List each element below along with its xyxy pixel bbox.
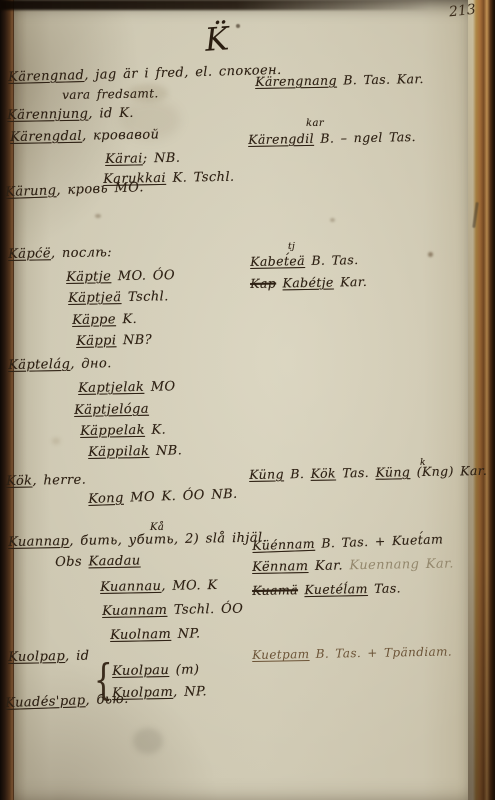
dialect-kabetjea: Kabet́eä B. Tas. <box>250 252 359 269</box>
gloss-text: vara fredsamt. <box>62 86 159 102</box>
subform-kuolnam: Kuolnam NP. <box>110 626 201 643</box>
entry-kapce: Käpćë, послѣ: <box>8 245 112 262</box>
entry-karengdal: Kärengdal, кровавой <box>10 127 159 145</box>
gloss-text: , NP. <box>173 684 207 700</box>
subform-kuannau: Kuannau, MO. K <box>100 578 218 595</box>
gloss-text: , дно. <box>70 356 112 372</box>
gloss-text: , бить, убить, 2) slå ihjäl. <box>69 530 267 548</box>
dialect-kuetpam: Kuetpam B. Tas. + Tpändiam. <box>252 645 452 662</box>
subform-kappe: Käppe K. <box>72 312 137 328</box>
subform-kappilak: Käppilak NB. <box>88 443 182 460</box>
headword: Kuannap <box>8 534 69 550</box>
struck-word: Kap <box>250 276 276 291</box>
entry-kuannap: Kuannap, бить, убить, 2) slå ihjäl. <box>8 530 267 550</box>
subform-kaptje: Käptje MO. ÓO <box>66 268 175 285</box>
gloss-text: (Kng) Kar. <box>410 463 487 479</box>
headword: Kuadés'pap <box>5 693 86 711</box>
dialect-karengdil: Kärengdil B. – ngel Tas. <box>248 129 416 147</box>
gloss-text: Obs <box>55 554 89 570</box>
gloss-text: (m) <box>169 662 199 678</box>
headword: Kök <box>6 474 33 489</box>
headword: Kaadau <box>88 554 140 570</box>
manuscript-photo: 213 K̈ Kärengnad, jag är i fred, el. спо… <box>0 0 495 800</box>
headword: Käptelág <box>8 357 70 373</box>
superscript-tj: tj <box>288 242 295 252</box>
headword: Kärengnad <box>8 68 84 85</box>
gloss-text: K. <box>116 312 137 327</box>
headword: Küng <box>249 466 284 482</box>
gloss-text: , herre. <box>32 473 86 489</box>
entry-kuolpap: Kuolpap, id <box>8 649 90 665</box>
subform-kong: Kong MO K. ÓO NB. <box>88 487 238 507</box>
headword: Kong <box>88 491 124 507</box>
headword: Kuannau <box>100 579 161 595</box>
headword: Kaptjelak <box>78 380 144 396</box>
entry-kok: Kök, herre. <box>6 473 86 489</box>
gloss-text: Tas. <box>368 580 401 596</box>
gloss-text: MO K. ÓO NB. <box>123 487 237 506</box>
entry-kuadespap: Kuadés'pap, бью. <box>5 692 129 711</box>
dialect-kennam: Kënnam Kar. Kuennang Kar. <box>252 556 454 575</box>
headword: Käppilak <box>88 444 150 460</box>
headword: Käpćë <box>8 246 51 262</box>
gloss-text: , id <box>65 649 90 664</box>
headword: Kënnam <box>252 559 309 575</box>
headword: Käptjeä <box>68 290 122 306</box>
gloss-text: B. – ngel Tas. <box>314 129 416 146</box>
headword: Kärengdil <box>248 131 314 147</box>
dialect-kung: Küng B. Kök Tas. Küng (Kng) Kar. <box>249 463 487 482</box>
headword: Kuolpau <box>112 663 169 679</box>
gloss-text: MO <box>144 379 176 395</box>
subform-karai: Kärai; NB. <box>105 151 180 167</box>
entry-kaptelag: Käptelág, дно. <box>8 356 112 373</box>
headword: Käptjelóga <box>74 402 149 418</box>
gloss-text: , бью. <box>85 692 129 709</box>
gloss-text: K. Tschl. <box>166 170 235 186</box>
headword: Küénnam <box>252 536 315 553</box>
headword: Kök <box>310 465 336 480</box>
gloss-text: Kar. <box>334 274 368 290</box>
subform-kaptjelak: Kaptjelak MO <box>78 379 176 396</box>
gloss-text: B. Tas. Kar. <box>337 71 424 88</box>
dialect-kuetelam: Kuamä Kuetéĺam Tas. <box>252 580 401 598</box>
gloss-text: kar <box>306 118 324 129</box>
gloss-text: Tschl. <box>121 289 169 305</box>
headword: Kärengnang <box>255 73 337 89</box>
headword: Küng <box>375 464 410 480</box>
headword: Kabet́eä <box>250 253 305 269</box>
gloss-text: , послѣ: <box>51 245 112 261</box>
gloss-text: NB? <box>116 333 152 349</box>
manuscript-text-layer: Kärengnad, jag är i fred, el. спокоен.va… <box>0 0 495 800</box>
entry-karung: Kärung, кровь МО. <box>5 180 144 200</box>
entry-karengnad: Kärengnad, jag är i fred, el. спокоен. <box>8 63 282 85</box>
gloss-text: Tschl. ÓO <box>167 602 243 618</box>
entry-karengnad-line2: vara fredsamt. <box>62 86 159 102</box>
entry-kuannap-line2: Obs Kaadau <box>55 554 141 570</box>
gloss-text: NB. <box>149 443 182 459</box>
gloss-text: K. <box>145 422 166 437</box>
headword: Kärai <box>105 151 143 167</box>
subform-kappelak: Käppelak K. <box>80 422 166 438</box>
gloss-text: Kar. <box>308 558 349 574</box>
struck-word: Kuamä <box>252 582 298 598</box>
gloss-text: B. Tas. + Kuet́am <box>315 531 444 550</box>
headword: Kabétje <box>282 275 334 291</box>
gloss-text: Tas. <box>336 465 376 481</box>
headword: Käppelak <box>80 423 145 439</box>
gloss-text: , id K. <box>88 106 134 122</box>
headword: Kärengdal <box>10 129 82 145</box>
dialect-karengnang: Kärengnang B. Tas. Kar. <box>255 71 424 89</box>
gloss-text: MO. ÓO <box>111 268 175 284</box>
headword: Kärung <box>5 183 57 200</box>
gloss-text: ; NB. <box>143 151 181 167</box>
gloss-text: , MO. K <box>161 578 218 594</box>
headword: Kuetpam <box>252 647 310 662</box>
entry-karennjung: Kärennjung, id K. <box>7 106 134 123</box>
gloss-text: , jag är i fred, el. спокоен. <box>84 63 282 83</box>
subform-kuolpau: Kuolpau (m) <box>112 662 199 679</box>
headword: Käptje <box>66 269 111 285</box>
subform-kaptjea: Käptjeä Tschl. <box>68 289 169 306</box>
headword: Käppe <box>72 312 116 328</box>
dialect-kuennam: Küénnam B. Tas. + Kuet́am <box>252 531 444 553</box>
gloss-text: NP. <box>171 626 201 642</box>
gloss-text: , кровь МО. <box>56 180 144 198</box>
gloss-text: tj <box>288 242 295 252</box>
gloss-text: B. Tas. + Tpändiam. <box>309 645 452 661</box>
headword: Kuetéĺam <box>304 581 368 597</box>
subform-kaptjeloga: Käptjelóga <box>74 402 149 418</box>
gloss-text: , кровавой <box>82 127 160 143</box>
gloss-text: B. Tas. <box>305 252 359 268</box>
headword: Kärennjung <box>7 107 88 123</box>
dialect-kabetje: Kap Kabétje Kar. <box>250 274 367 291</box>
gloss-text: Kuennang Kar. <box>349 556 454 573</box>
subform-kuannam: Kuannam Tschl. ÓO <box>102 602 243 619</box>
headword: Käppi <box>76 333 117 349</box>
subform-kappi: Käppi NB? <box>76 333 152 349</box>
headword: Kuolnam <box>110 627 171 643</box>
headword: Kuolpap <box>8 649 65 665</box>
headword: Kuannam <box>102 603 167 619</box>
gloss-text: B. <box>284 466 311 481</box>
superscript-kar: kar <box>306 118 324 129</box>
